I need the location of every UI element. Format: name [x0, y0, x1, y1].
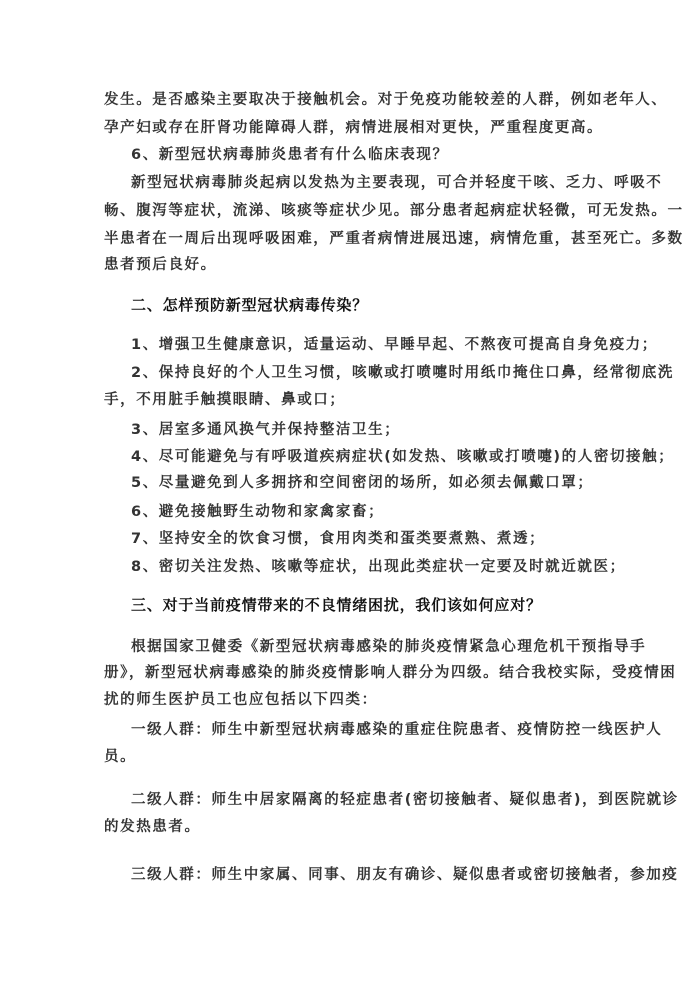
document-page: 发生。是否感染主要取决于接触机会。对于免疫功能较差的人群，例如老年人、 孕产妇或… — [0, 0, 700, 988]
question-heading: 6、新型冠状病毒肺炎患者有什么临床表现？ — [131, 146, 596, 164]
list-item: 3、居室多通风换气并保持整洁卫生； — [131, 421, 596, 439]
paragraph-line: 患者预后良好。 — [104, 256, 596, 274]
section-heading-2: 二、怎样预防新型冠状病毒传染？ — [131, 296, 596, 314]
level-1-group: 一级人群：师生中新型冠状病毒感染的重症住院患者、疫情防控一线医护人 — [131, 721, 596, 739]
list-item: 6、避免接触野生动物和家禽家畜； — [131, 503, 596, 521]
paragraph-line: 新型冠状病毒肺炎起病以发热为主要表现，可合并轻度干咳、乏力、呼吸不 — [131, 174, 596, 192]
list-item: 5、尽量避免到人多拥挤和空间密闭的场所，如必须去佩戴口罩； — [131, 474, 596, 492]
list-item: 4、尽可能避免与有呼吸道疾病症状(如发热、咳嗽或打喷嚏)的人密切接触； — [131, 448, 596, 466]
paragraph-line: 半患者在一周后出现呼吸困难，严重者病情进展迅速，病情危重，甚至死亡。多数 — [104, 230, 596, 248]
list-item: 7、坚持安全的饮食习惯，食用肉类和蛋类要煮熟、煮透； — [131, 530, 596, 548]
list-item: 8、密切关注发热、咳嗽等症状，出现此类症状一定要及时就近就医； — [131, 558, 596, 576]
paragraph-line: 根据国家卫健委《新型冠状病毒感染的肺炎疫情紧急心理危机干预指导手 — [131, 638, 596, 656]
list-item-continuation: 手，不用脏手触摸眼睛、鼻或口； — [104, 391, 596, 409]
paragraph-line: 册》，新型冠状病毒感染的肺炎疫情影响人群分为四级。结合我校实际，受疫情困 — [104, 664, 596, 682]
list-item: 1、增强卫生健康意识，适量运动、早睡早起、不熬夜可提高自身免疫力； — [131, 336, 596, 354]
level-3-group: 三级人群：师生中家属、同事、朋友有确诊、疑似患者或密切接触者，参加疫 — [131, 866, 596, 884]
paragraph-line: 发生。是否感染主要取决于接触机会。对于免疫功能较差的人群，例如老年人、 — [104, 91, 596, 109]
level-2-group-continuation: 的发热患者。 — [104, 818, 596, 836]
level-1-group-continuation: 员。 — [104, 748, 596, 766]
level-2-group: 二级人群：师生中居家隔离的轻症患者(密切接触者、疑似患者)，到医院就诊 — [131, 791, 596, 809]
paragraph-line: 孕产妇或存在肝肾功能障碍人群，病情进展相对更快，严重程度更高。 — [104, 119, 596, 137]
paragraph-line: 扰的师生医护员工也应包括以下四类： — [104, 691, 596, 709]
paragraph-line: 畅、腹泻等症状，流涕、咳痰等症状少见。部分患者起病症状轻微，可无发热。一 — [104, 202, 596, 220]
list-item: 2、保持良好的个人卫生习惯，咳嗽或打喷嚏时用纸巾掩住口鼻，经常彻底洗 — [131, 364, 596, 382]
section-heading-3: 三、对于当前疫情带来的不良情绪困扰，我们该如何应对？ — [131, 596, 596, 614]
